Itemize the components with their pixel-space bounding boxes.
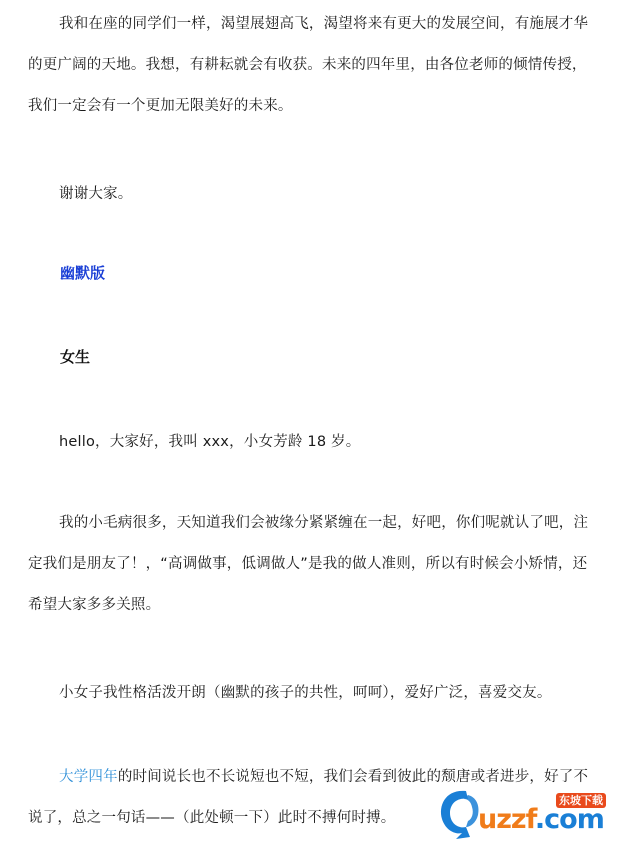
paragraph-personality: 小女子我性格活泼开朗（幽默的孩子的共性，呵呵），爱好广泛，喜爱交友。 <box>28 673 594 714</box>
document-page: 我和在座的同学们一样，渴望展翅高飞，渴望将来有更大的发展空间，有施展才华的更广阔… <box>0 0 622 845</box>
uzzf-swirl-icon <box>436 787 484 841</box>
uzzf-watermark-logo: uzzf.com 东坡下载 <box>436 787 618 841</box>
section-heading-humor: 幽默版 <box>60 262 105 283</box>
uzzf-badge: 东坡下载 <box>556 793 606 808</box>
sub-heading-girl: 女生 <box>60 346 90 367</box>
uzzf-wordmark: uzzf.com <box>478 805 604 835</box>
paragraph-greeting: hello，大家好，我叫 xxx，小女芳龄 18 岁。 <box>28 422 594 463</box>
paragraph-closing-wish: 我和在座的同学们一样，渴望展翅高飞，渴望将来有更大的发展空间，有施展才华的更广阔… <box>28 4 594 127</box>
link-university-four-years[interactable]: 大学四年 <box>59 769 118 785</box>
paragraph-flaws: 我的小毛病很多，天知道我们会被缘分紧紧缠在一起，好吧，你们呢就认了吧，注定我们是… <box>28 503 594 626</box>
paragraph-thanks: 谢谢大家。 <box>28 174 594 215</box>
